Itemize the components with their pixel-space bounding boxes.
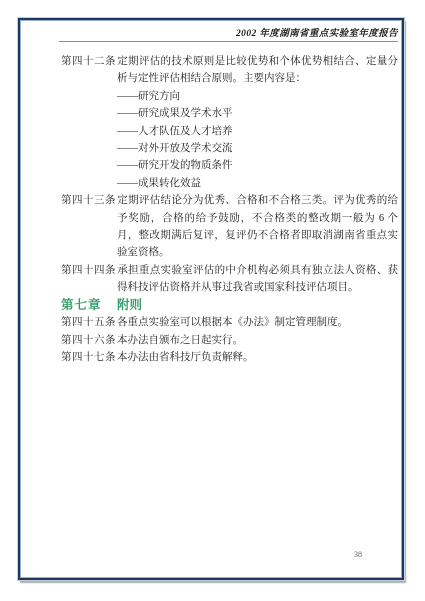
bullet-research-results: ——研究成果及学术水平 bbox=[117, 105, 398, 122]
bullet-research-direction: ——研究方向 bbox=[117, 88, 398, 105]
article-42-label: 第四十二条 bbox=[61, 53, 117, 70]
page-header-title: 2002 年度湖南省重点实验室年度报告 bbox=[59, 25, 398, 39]
bullet-talent-team: ——人才队伍及人才培养 bbox=[117, 123, 398, 140]
article-42-text: 定期评估的技术原则是比较优势和个体优势相结合、定量分析与定性评估相结合原则。主要… bbox=[117, 56, 398, 84]
bullet-openness-exchange: ——对外开放及学术交流 bbox=[117, 140, 398, 157]
article-44-label: 第四十四条 bbox=[61, 262, 117, 279]
article-46-text: 本办法自颁布之日起实行。 bbox=[117, 335, 243, 346]
article-45: 第四十五条各重点实验室可以根据本《办法》制定管理制度。 bbox=[61, 314, 398, 331]
article-46-label: 第四十六条 bbox=[61, 332, 117, 349]
chapter-7-number: 第七章 bbox=[61, 297, 117, 314]
article-46: 第四十六条本办法自颁布之日起实行。 bbox=[61, 332, 398, 349]
article-45-text: 各重点实验室可以根据本《办法》制定管理制度。 bbox=[117, 317, 348, 328]
bullet-material-conditions: ——研究开发的物质条件 bbox=[117, 157, 398, 174]
article-47: 第四十七条本办法由省科技厅负责解释。 bbox=[61, 349, 398, 366]
article-43-label: 第四十三条 bbox=[61, 192, 117, 209]
article-47-label: 第四十七条 bbox=[61, 349, 117, 366]
article-45-label: 第四十五条 bbox=[61, 314, 117, 331]
article-43: 第四十三条定期评估结论分为优秀、合格和不合格三类。评为优秀的给予奖励，合格的给予… bbox=[61, 192, 398, 262]
article-47-text: 本办法由省科技厅负责解释。 bbox=[117, 352, 254, 363]
bullet-achievement-transfer: ——成果转化效益 bbox=[117, 175, 398, 192]
article-44-text: 承担重点实验室评估的中介机构必须具有独立法人资格、获得科技评估资格并从事过我省或… bbox=[117, 265, 398, 293]
article-44: 第四十四条承担重点实验室评估的中介机构必须具有独立法人资格、获得科技评估资格并从… bbox=[61, 262, 398, 297]
document-body: 第四十二条定期评估的技术原则是比较优势和个体优势相结合、定量分析与定性评估相结合… bbox=[61, 53, 398, 366]
chapter-7-heading: 第七章附则 bbox=[61, 297, 398, 314]
chapter-7-title: 附则 bbox=[117, 298, 142, 312]
page-number: 38 bbox=[348, 550, 368, 559]
document-page: 2002 年度湖南省重点实验室年度报告 第四十二条定期评估的技术原则是比较优势和… bbox=[0, 0, 425, 601]
article-43-text: 定期评估结论分为优秀、合格和不合格三类。评为优秀的给予奖励，合格的给予鼓励，不合… bbox=[117, 195, 398, 258]
header-rule bbox=[59, 41, 398, 42]
article-42: 第四十二条定期评估的技术原则是比较优势和个体优势相结合、定量分析与定性评估相结合… bbox=[61, 53, 398, 88]
